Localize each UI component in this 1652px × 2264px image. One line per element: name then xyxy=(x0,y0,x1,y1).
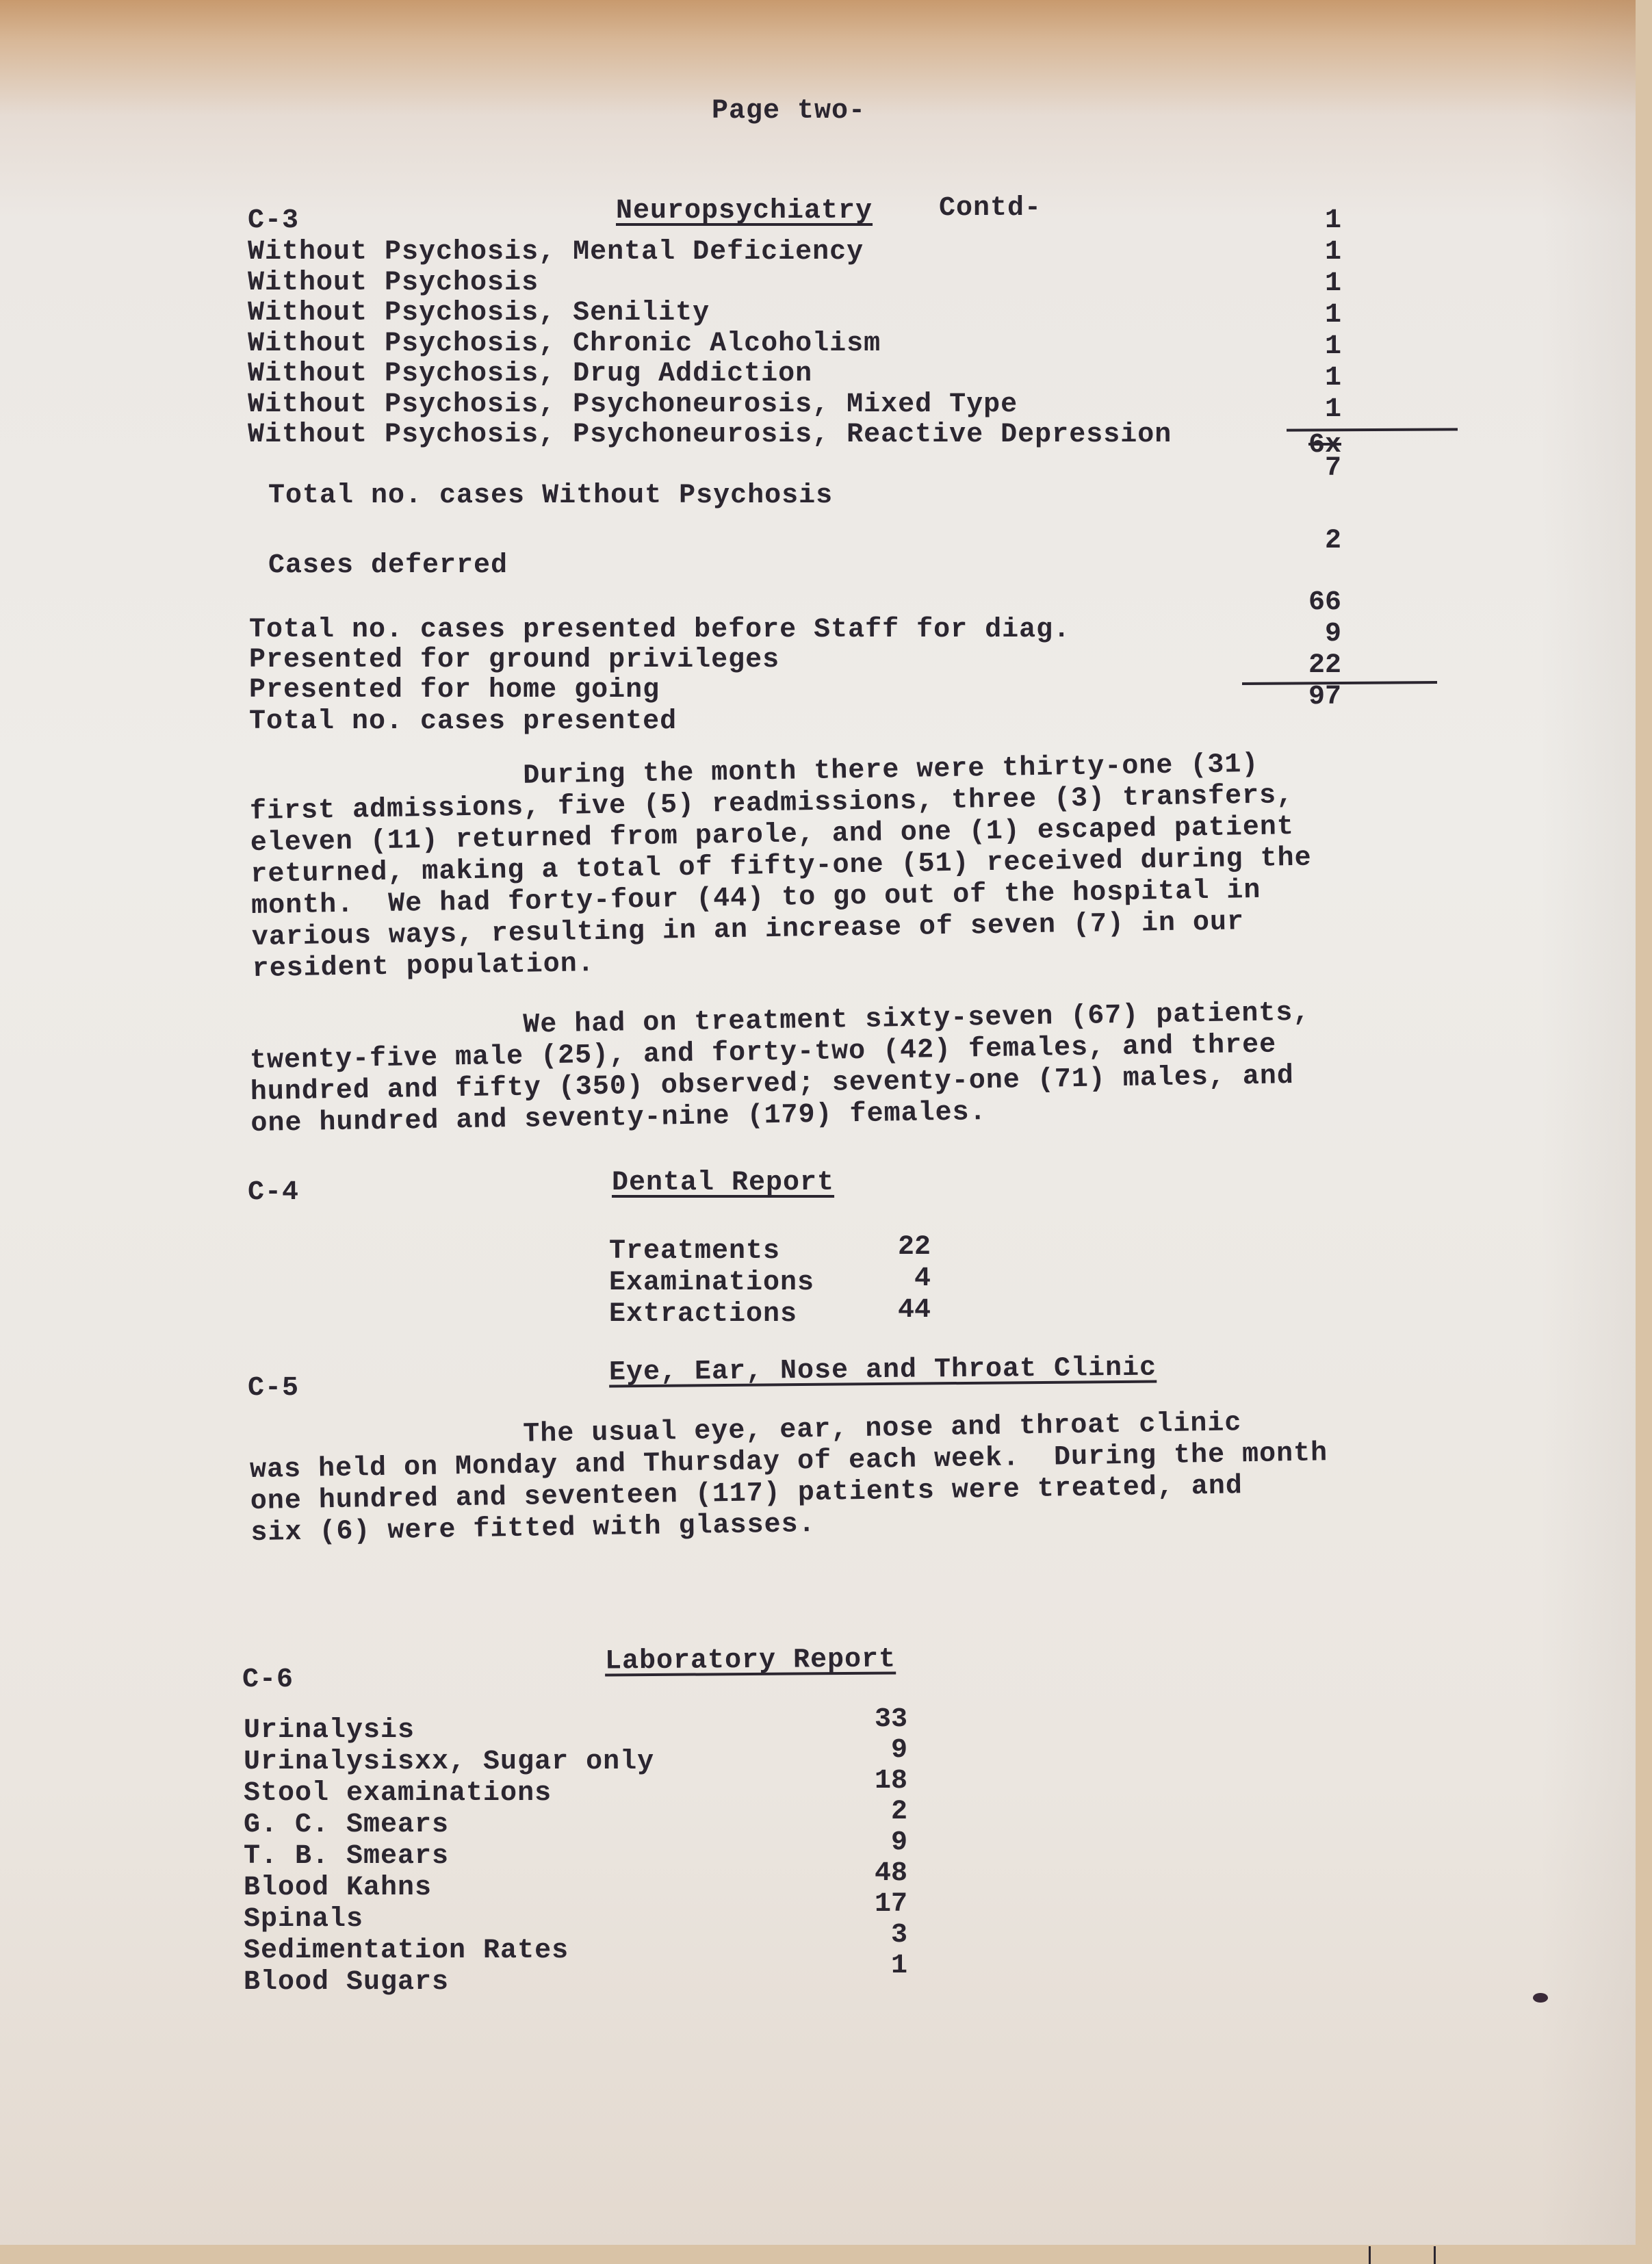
page-edge-line xyxy=(1434,2246,1436,2264)
list-item-label: Without Psychosis, Drug Addiction xyxy=(248,359,812,390)
list-item-label: Without Psychosis, Psychoneurosis, Mixed… xyxy=(248,389,1018,421)
list-item-value: 66 xyxy=(1280,587,1341,619)
list-item-value: 17 xyxy=(846,1889,907,1920)
list-item-value: 1 xyxy=(1280,363,1341,394)
section-code-c6: C-6 xyxy=(242,1664,294,1696)
treatment-paragraph: We had on treatment sixty-seven (67) pat… xyxy=(249,998,1312,1140)
list-item-label: Without Psychosis xyxy=(248,268,539,299)
list-item-value: 44 xyxy=(869,1295,931,1326)
list-item-value: 9 xyxy=(846,1827,907,1859)
list-item-value: 48 xyxy=(846,1858,907,1890)
presented-total-label: Total no. cases presented xyxy=(249,706,677,738)
list-item-label: Examinations xyxy=(609,1268,814,1299)
list-item-value: 1 xyxy=(1280,331,1341,363)
list-item-label: Blood Kahns xyxy=(244,1873,432,1904)
list-item-value: 9 xyxy=(1280,619,1341,650)
list-item-label: Extractions xyxy=(609,1299,797,1330)
list-item-value: 1 xyxy=(1280,205,1341,237)
document-page: Page two- C-3 Neuropsychiatry Contd- 6x … xyxy=(0,0,1636,2245)
list-item-label: Spinals xyxy=(244,1904,363,1935)
list-item-label: Blood Sugars xyxy=(244,1967,449,1998)
section-title-laboratory: Laboratory Report xyxy=(605,1645,896,1678)
section-title-neuropsychiatry: Neuropsychiatry xyxy=(616,196,873,227)
page-label: Page two- xyxy=(712,96,866,127)
list-item-label: Urinalysis xyxy=(244,1715,415,1747)
list-item-value: 2 xyxy=(846,1797,907,1828)
list-item-value: 33 xyxy=(846,1704,907,1736)
list-item-label: T. B. Smears xyxy=(244,1841,449,1873)
presented-total-value: 97 xyxy=(1280,682,1341,713)
section-title-suffix: Contd- xyxy=(939,193,1042,224)
list-item-value: 1 xyxy=(1280,300,1341,331)
list-item-label: Treatments xyxy=(609,1236,780,1268)
ink-mark xyxy=(1533,1993,1548,2003)
list-item-value: 1 xyxy=(1280,237,1341,268)
list-item-label: Without Psychosis, Psychoneurosis, React… xyxy=(248,420,1172,451)
list-item-value: 1 xyxy=(1280,394,1341,426)
list-item-label: Presented for ground privileges xyxy=(249,645,779,676)
page-edge-line xyxy=(1369,2246,1371,2264)
admissions-paragraph: During the month there were thirty-one (… xyxy=(249,749,1313,986)
section-code-c4: C-4 xyxy=(248,1177,299,1209)
list-item-value: 4 xyxy=(869,1263,931,1295)
list-item-label: Urinalysisxx, Sugar only xyxy=(244,1747,654,1778)
list-item-value: 1 xyxy=(1280,268,1341,300)
total-without-psychosis-label: Total no. cases Without Psychosis xyxy=(268,480,833,512)
list-item-label: Presented for home going xyxy=(249,675,660,706)
list-item-label: Total no. cases presented before Staff f… xyxy=(249,615,1070,646)
list-item-label: Without Psychosis, Mental Deficiency xyxy=(248,237,864,268)
list-item-label: Without Psychosis, Senility xyxy=(248,298,710,329)
list-item-value: 22 xyxy=(869,1232,931,1263)
eent-paragraph: The usual eye, ear, nose and throat clin… xyxy=(249,1406,1329,1549)
list-item-value: 3 xyxy=(846,1920,907,1951)
list-item-value: 9 xyxy=(846,1735,907,1766)
list-item-value: 1 xyxy=(846,1951,907,1982)
section-title-eent: Eye, Ear, Nose and Throat Clinic xyxy=(609,1353,1157,1389)
list-item-value: 18 xyxy=(846,1766,907,1797)
section-code-c3: C-3 xyxy=(248,205,299,237)
list-item-label: Without Psychosis, Chronic Alcoholism xyxy=(248,329,881,360)
list-item-label: Sedimentation Rates xyxy=(244,1935,569,1967)
cases-deferred-value: 2 xyxy=(1280,526,1341,557)
list-item-value: 22 xyxy=(1280,650,1341,682)
section-code-c5: C-5 xyxy=(248,1373,299,1404)
list-item-label: Stool examinations xyxy=(244,1778,552,1810)
section-title-dental: Dental Report xyxy=(612,1168,834,1199)
total-without-psychosis-value: 7 xyxy=(1280,453,1341,485)
cases-deferred-label: Cases deferred xyxy=(268,550,508,582)
list-item-label: G. C. Smears xyxy=(244,1810,449,1841)
